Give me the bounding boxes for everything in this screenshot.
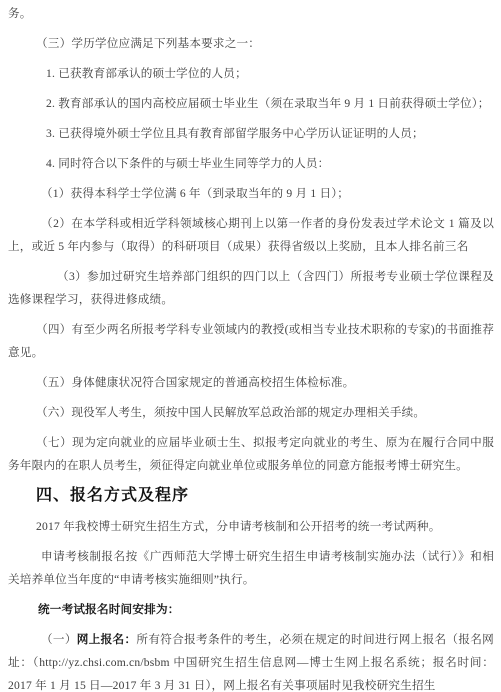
online-registration-paragraph: （一）网上报名：所有符合报考条件的考生，必须在规定的时间进行网上报名（报名网址：… (8, 628, 494, 692)
online-registration-label: 网上报名： (77, 633, 137, 646)
exam-schedule-heading: 统一考试报名时间安排为： (8, 598, 494, 621)
application-review-paragraph: 申请考核制报名按《广西师范大学博士研究生招生申请考核制实施办法（试行）》和相关培… (8, 545, 494, 591)
clause-3-item-2: 2. 教育部承认的国内高校应届硕士毕业生（须在录取当年 9 月 1 日前获得硕士… (8, 92, 494, 115)
equivalency-condition-3: （3）参加过研究生培养部门组织的四门以上（含四门）所报考专业硕士学位课程及选修课… (8, 265, 494, 311)
equivalency-condition-1: （1）获得本科学士学位满 6 年（到录取当年的 9 月 1 日）； (8, 182, 494, 205)
admission-modes-paragraph: 2017 年我校博士研究生招生方式，分申请考核制和公开招考的统一考试两种。 (8, 515, 494, 538)
continued-text: 务。 (8, 2, 494, 25)
clause-5: （五）身体健康状况符合国家规定的普通高校招生体检标准。 (8, 371, 494, 394)
document-page: 务。 （三）学历学位应满足下列基本要求之一： 1. 已获教育部承认的硕士学位的人… (0, 0, 501, 692)
clause-3: （三）学历学位应满足下列基本要求之一： (8, 32, 494, 55)
clause-3-item-4: 4. 同时符合以下条件的与硕士毕业生同等学力的人员： (8, 152, 494, 175)
clause-7: （七）现为定向就业的应届毕业硕士生、拟报考定向就业的考生、原为在履行合同中服务年… (8, 431, 494, 477)
equivalency-condition-2: （2）在本学科或相近学科领域核心期刊上以第一作者的身份发表过学术论文 1 篇及以… (8, 212, 494, 258)
online-registration-prefix: （一） (41, 633, 77, 646)
clause-4: （四）有至少两名所报考学科专业领域内的教授(或相当专业技术职称的专家)的书面推荐… (8, 318, 494, 364)
clause-3-item-3: 3. 已获得境外硕士学位且具有教育部留学服务中心学历认证证明的人员； (8, 122, 494, 145)
clause-3-item-1: 1. 已获教育部承认的硕士学位的人员； (8, 62, 494, 85)
clause-6: （六）现役军人考生，须按中国人民解放军总政治部的规定办理相关手续。 (8, 401, 494, 424)
section-4-heading: 四、报名方式及程序 (8, 484, 494, 508)
